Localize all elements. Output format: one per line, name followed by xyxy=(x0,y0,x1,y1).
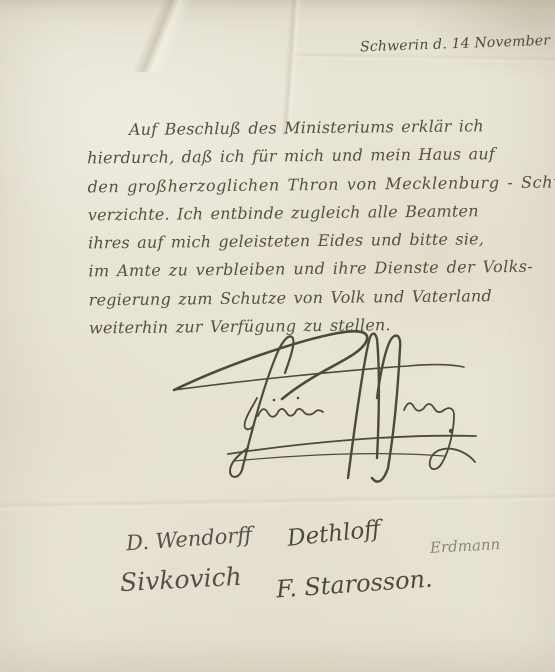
signature-erdmann: Erdmann xyxy=(430,535,501,557)
paper-crease xyxy=(0,486,555,516)
letter-body: Auf Beschluß des Ministeriums erklär ich… xyxy=(87,116,551,347)
signature-wendorff: D. Wendorff xyxy=(125,523,253,556)
dateline: Schwerin d. 14 November 1918. xyxy=(360,33,555,56)
paper-crease xyxy=(255,0,325,135)
paper-sheet: Schwerin d. 14 November 1918. Auf Beschl… xyxy=(0,0,555,672)
signature-dethloff: Dethloff xyxy=(286,516,382,552)
friedrich-franz-signature xyxy=(158,328,480,490)
signature-sivkovich: Sivkovich xyxy=(119,562,242,597)
paper-crease xyxy=(40,0,275,72)
signature-starosson: F. Starosson. xyxy=(275,565,433,604)
